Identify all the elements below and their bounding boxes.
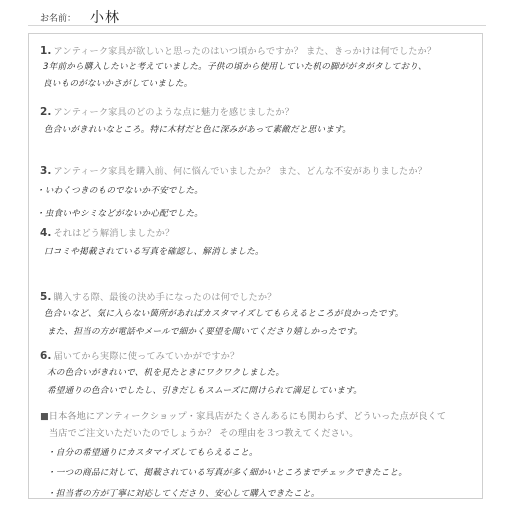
question-text: アンティーク家具のどのような点に魅力を感じましたか？: [54, 107, 294, 118]
question-2: 2.アンティーク家具のどのような点に魅力を感じましたか？: [40, 104, 294, 118]
answer-6-line-2: 希望通りの色合いでしたし、引きだしもスムーズに開けられて満足しています。: [47, 384, 362, 396]
question-4: 4.それはどう解消しましたか？: [40, 225, 174, 239]
answer-4-line-1: 口コミや掲載されている写真を確認し、解消しました。: [44, 245, 264, 257]
final-question-line-2: 当店でご注文いただいたのでしょうか？ その理由を３つ教えてください。: [49, 425, 359, 439]
question-number: 2.: [40, 106, 52, 118]
question-text: アンティーク家具を購入前、何に悩んでいましたか？ また、どんな不安がありましたか…: [54, 166, 427, 177]
question-6: 6.届いてから実際に使ってみていかがですか？: [40, 348, 239, 362]
name-underline: [28, 25, 486, 26]
final-question-line-1: ■日本各地にアンティークショップ・家具店がたくさんあるにも関わらず、どういった点…: [40, 408, 446, 422]
reason-1: ・自分の希望通りにカスタマイズしてもらえること。: [47, 446, 258, 458]
name-label: お名前：: [40, 11, 76, 24]
final-question-text-1: 日本各地にアンティークショップ・家具店がたくさんあるにも関わらず、どういった点が…: [49, 411, 446, 422]
reason-3: ・担当者の方が丁寧に対応してくださり、安心して購入できたこと。: [47, 487, 320, 499]
question-number: 4.: [40, 227, 52, 239]
question-3: 3.アンティーク家具を購入前、何に悩んでいましたか？ また、どんな不安がありまし…: [40, 163, 427, 177]
answer-5-line-1: 色合いなど、気に入らない箇所があればカスタマイズしてもらえるところが良かったです…: [44, 307, 404, 319]
question-number: 1.: [40, 45, 52, 57]
question-text: 届いてから実際に使ってみていかがですか？: [54, 351, 240, 362]
question-number: 3.: [40, 165, 52, 177]
answer-3-line-1: ・いわくつきのものでないか不安でした。: [36, 184, 203, 196]
question-number: 6.: [40, 350, 52, 362]
answer-6-line-1: 木の色合いがきれいで、机を見たときにワクワクしました。: [47, 366, 284, 378]
question-text: 購入する際、最後の決め手になったのは何でしたか？: [54, 292, 277, 303]
square-bullet-icon: ■: [40, 411, 49, 422]
question-1: 1.アンティーク家具が欲しいと思ったのはいつ頃からですか？ また、きっかけは何で…: [40, 43, 436, 57]
reason-2: ・一つの商品に対して、掲載されている写真が多く細かいところまでチェックできたこと…: [47, 466, 407, 478]
answer-1-line-1: 3年前から購入したいと考えていました。子供の頃から使用していた机の脚ががタがタし…: [43, 60, 427, 72]
question-text: それはどう解消しましたか？: [54, 228, 175, 239]
answer-3-line-2: ・虫食いやシミなどがないか心配でした。: [36, 207, 203, 219]
name-value: 小林: [90, 7, 120, 27]
answer-5-line-2: また、担当の方が電話やメールで細かく要望を聞いてくださり嬉しかったです。: [47, 325, 363, 337]
answer-2-line-1: 色合いがきれいなところ。特に木材だと色に深みがあって素敵だと思います。: [44, 123, 351, 135]
answer-1-line-2: 良いものがないかさがしていました。: [43, 77, 193, 89]
question-5: 5.購入する際、最後の決め手になったのは何でしたか？: [40, 289, 276, 303]
question-number: 5.: [40, 291, 52, 303]
question-text: アンティーク家具が欲しいと思ったのはいつ頃からですか？ また、きっかけは何でした…: [54, 46, 437, 57]
